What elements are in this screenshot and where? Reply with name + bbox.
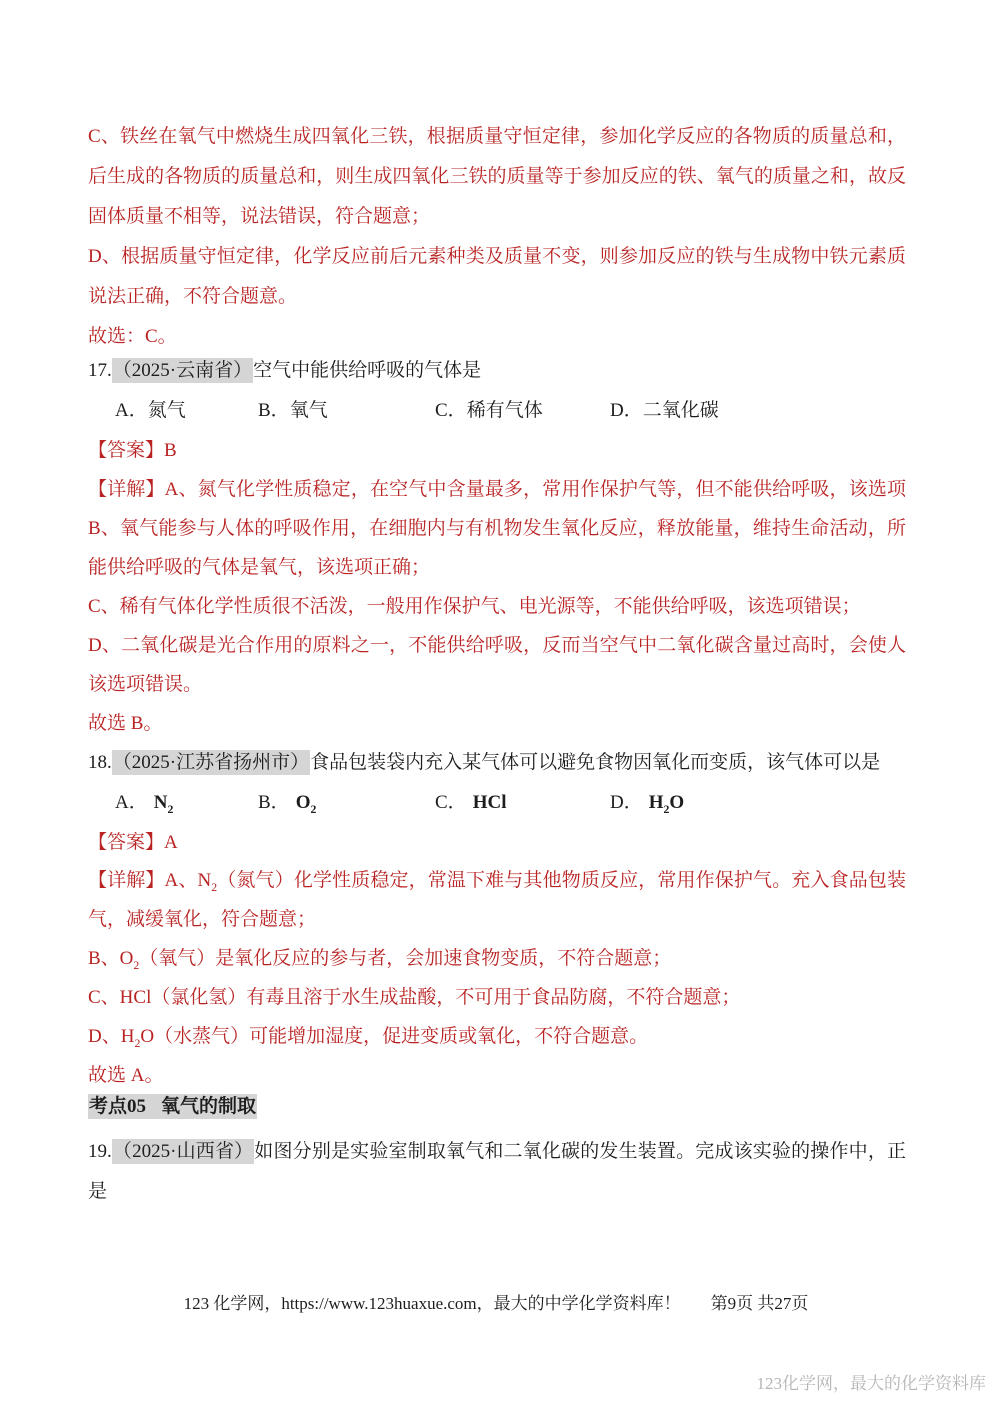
answer-line: 【答案】A — [88, 823, 906, 863]
question-source-tag: （2025·山西省） — [112, 1139, 255, 1164]
option-label: A． — [115, 400, 148, 421]
formula-text: O — [296, 792, 311, 813]
analysis-text: B、O — [88, 948, 133, 969]
analysis-line: D、二氧化碳是光合作用的原料之一，不能供给呼吸，反而当空气中二氧化碳含量过高时，… — [88, 626, 906, 665]
chemical-formula: H2O — [649, 792, 684, 813]
option-label: C． — [435, 792, 467, 813]
analysis-text: C、HCl（氯化氢）有毒且溶于水生成盐酸，不可用于食品防腐，不符合题意； — [88, 987, 740, 1008]
answer-value: A — [164, 832, 178, 853]
conclusion-line: 故选 B。 — [88, 704, 906, 743]
question17-block: 17.（2025·云南省）空气中能供给呼吸的气体是 A．氮气 B．氧气 C．稀有… — [88, 351, 906, 471]
option-a: A．氮气 — [115, 391, 186, 431]
answer-label: 【答案】 — [88, 832, 164, 853]
analysis-line: 气，减缓氧化，符合题意； — [88, 900, 906, 939]
analysis-line: C、稀有气体化学性质很不活泼，一般用作保护气、电光源等，不能供给呼吸，该选项错误… — [88, 587, 906, 626]
formula-subscript: 2 — [310, 803, 316, 816]
question-number: 17. — [88, 360, 112, 381]
chemical-formula: HCl — [473, 792, 507, 813]
question17-title: 17.（2025·云南省）空气中能供给呼吸的气体是 — [88, 351, 906, 391]
analysis-line: 说法正确，不符合题意。 — [88, 277, 906, 317]
analysis-line: B、氧气能参与人体的呼吸作用，在细胞内与有机物发生氧化反应，释放能量，维持生命活… — [88, 509, 906, 548]
option-label: B． — [258, 400, 290, 421]
question17-analysis-block: 【详解】A、氮气化学性质稳定，在空气中含量最多，常用作保护气等，但不能供给呼吸，… — [88, 470, 906, 743]
analysis-text: （氧气）是氧化反应的参与者，会加速食物变质，不符合题意； — [139, 948, 671, 969]
chemical-formula: N2 — [154, 792, 174, 813]
question-text: 食品包装袋内充入某气体可以避免食物因氧化而变质，该气体可以是 — [310, 752, 880, 773]
question-text: 空气中能供给呼吸的气体是 — [253, 360, 481, 381]
analysis-line: C、HCl（氯化氢）有毒且溶于水生成盐酸，不可用于食品防腐，不符合题意； — [88, 978, 906, 1017]
option-d: D．H2O — [610, 783, 684, 823]
answer-label: 【答案】 — [88, 440, 164, 461]
question-source-tag: （2025·江苏省扬州市） — [112, 750, 310, 775]
option-text: 二氧化碳 — [643, 400, 719, 421]
page-footer: 123 化学网，https://www.123huaxue.com，最大的中学化… — [0, 1292, 992, 1316]
question17-options: A．氮气 B．氧气 C．稀有气体 D．二氧化碳 — [88, 391, 906, 431]
document-body: C、铁丝在氧气中燃烧生成四氧化三铁，根据质量守恒定律，参加化学反应的各物质的质量… — [88, 117, 906, 1212]
option-label: C． — [435, 400, 467, 421]
option-b: B．氧气 — [258, 391, 328, 431]
option-label: D． — [610, 400, 643, 421]
analysis-label: 【详解】 — [88, 479, 165, 500]
question19-title-cont: 是 — [88, 1172, 906, 1212]
option-b: B．O2 — [258, 783, 316, 823]
analysis-text: A、氮气化学性质稳定，在空气中含量最多，常用作保护气等，但不能供给呼吸，该选项错… — [88, 479, 906, 509]
analysis-text: O（水蒸气）可能增加湿度，促进变质或氧化，不符合题意。 — [140, 1026, 648, 1047]
analysis-line: 固体质量不相等，说法错误，符合题意； — [88, 197, 906, 237]
answer-line: 【答案】B — [88, 431, 906, 471]
option-c: C．HCl — [435, 783, 506, 823]
question-number: 19. — [88, 1141, 112, 1162]
topic-title: 氧气的制取 — [161, 1096, 256, 1117]
analysis-line: D、H2O（水蒸气）可能增加湿度，促进变质或氧化，不符合题意。 — [88, 1017, 906, 1056]
question19-title: 19.（2025·山西省）如图分别是实验室制取氧气和二氧化碳的发生装置。完成该实… — [88, 1132, 906, 1172]
question-source-tag: （2025·云南省） — [112, 358, 253, 383]
analysis-line: D、根据质量守恒定律，化学反应前后元素种类及质量不变，则参加反应的铁与生成物中铁… — [88, 237, 906, 277]
option-label: B． — [258, 792, 290, 813]
footer-site-text: 123 化学网，https://www.123huaxue.com，最大的中学化… — [184, 1294, 681, 1313]
option-text: 氧气 — [290, 400, 328, 421]
option-d: D．二氧化碳 — [610, 391, 719, 431]
topic-header-highlight: 考点05氧气的制取 — [88, 1094, 257, 1119]
option-a: A．N2 — [115, 783, 173, 823]
option-text: 氮气 — [148, 400, 186, 421]
footer-page-number: 第9页 共27页 — [711, 1294, 809, 1313]
chemical-formula: O2 — [296, 792, 317, 813]
exam-document-page: { "colors": { "red_text": "#b92323", "hi… — [0, 0, 992, 1403]
option-label: A． — [115, 792, 148, 813]
formula-text: N — [154, 792, 168, 813]
analysis-line: 【详解】A、氮气化学性质稳定，在空气中含量最多，常用作保护气等，但不能供给呼吸，… — [88, 470, 906, 509]
formula-text: O — [669, 792, 684, 813]
question18-options: A．N2 B．O2 C．HCl D．H2O — [88, 783, 906, 823]
answer-value: B — [164, 440, 177, 461]
option-label: D． — [610, 792, 643, 813]
watermark-text: 123化学网，最大的化学资料库 — [757, 1372, 987, 1396]
question18-title: 18.（2025·江苏省扬州市）食品包装袋内充入某气体可以避免食物因氧化而变质，… — [88, 743, 906, 783]
analysis-text: A、N — [165, 870, 212, 891]
analysis-line: B、O2（氧气）是氧化反应的参与者，会加速食物变质，不符合题意； — [88, 939, 906, 978]
analysis-line: 能供给呼吸的气体是氧气，该选项正确； — [88, 548, 906, 587]
option-c: C．稀有气体 — [435, 391, 543, 431]
option-text: 稀有气体 — [467, 400, 543, 421]
analysis-line: 后生成的各物质的质量总和，则生成四氧化三铁的质量等于参加反应的铁、氧气的质量之和… — [88, 157, 906, 197]
question18-analysis-block: 【详解】A、N2（氮气）化学性质稳定，常温下难与其他物质反应，常用作保护气。充入… — [88, 861, 906, 1095]
analysis-line: 【详解】A、N2（氮气）化学性质稳定，常温下难与其他物质反应，常用作保护气。充入… — [88, 861, 906, 900]
analysis-text: D、H — [88, 1026, 134, 1047]
question18-block: 18.（2025·江苏省扬州市）食品包装袋内充入某气体可以避免食物因氧化而变质，… — [88, 743, 906, 863]
question16-analysis-block: C、铁丝在氧气中燃烧生成四氧化三铁，根据质量守恒定律，参加化学反应的各物质的质量… — [88, 117, 906, 357]
analysis-line: C、铁丝在氧气中燃烧生成四氧化三铁，根据质量守恒定律，参加化学反应的各物质的质量… — [88, 117, 906, 157]
topic-header: 考点05氧气的制取 — [88, 1087, 906, 1127]
formula-text: HCl — [473, 792, 507, 813]
analysis-line: 该选项错误。 — [88, 665, 906, 704]
topic-header-block: 考点05氧气的制取 — [88, 1087, 906, 1127]
formula-subscript: 2 — [167, 803, 173, 816]
formula-text: H — [649, 792, 664, 813]
analysis-label: 【详解】 — [88, 870, 165, 891]
topic-number: 考点05 — [89, 1096, 146, 1117]
question-number: 18. — [88, 752, 112, 773]
question19-block: 19.（2025·山西省）如图分别是实验室制取氧气和二氧化碳的发生装置。完成该实… — [88, 1132, 906, 1212]
